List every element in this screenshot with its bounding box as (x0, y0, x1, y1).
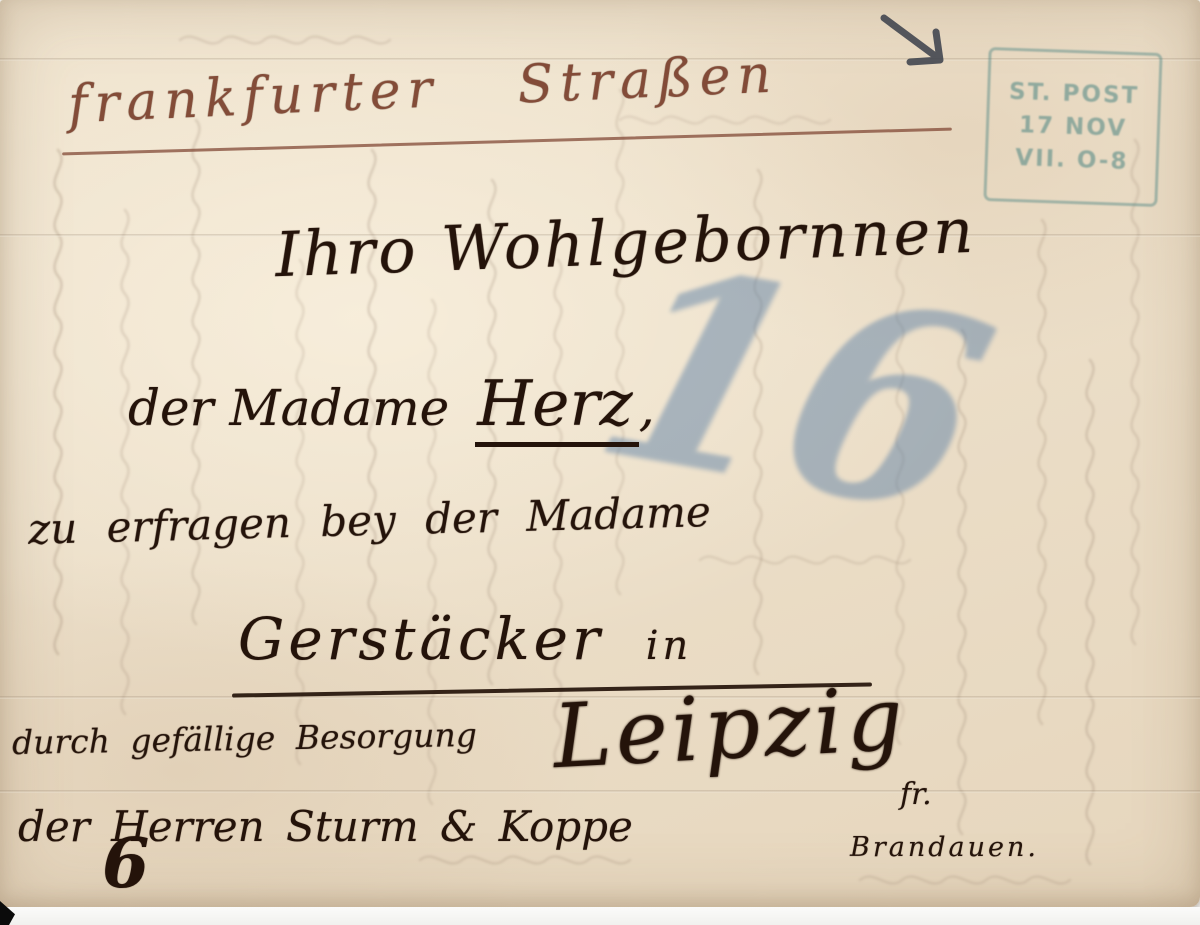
recipient-name: Herz (475, 367, 639, 447)
bottom-right-note: Brandauen. (850, 834, 1039, 861)
black-ink-rate-mark: 6 (102, 830, 149, 898)
red-ink-notation: frankfurter Straßen (67, 49, 779, 132)
contact-suffix: in (646, 623, 693, 669)
postmark-stamp: ST. POST 17 NOV VII. O-8 (983, 47, 1162, 207)
annotation-arrow-icon (876, 10, 968, 82)
postmark-date: 17 NOV (1019, 114, 1128, 141)
destination-city: Leipzig (551, 675, 909, 781)
red-ink-underline (62, 128, 952, 156)
address-recipient-line: der MadameHerz, (128, 372, 655, 435)
contact-name: Gerstäcker (238, 605, 604, 673)
postmark-time: VII. O-8 (1015, 147, 1129, 174)
fold-crease (0, 790, 1200, 793)
postmark-office: ST. POST (1009, 80, 1140, 108)
address-care-of-line: zu erfragen bey der Madame (28, 491, 712, 551)
forwarding-note: durch gefällige Besorgung (12, 718, 477, 759)
letter-paper: frankfurter Straßen ST. POST 17 NOV VII.… (0, 0, 1200, 907)
address-contact-line: Gerstäckerin (238, 610, 692, 668)
recipient-prefix: der Madame (128, 379, 449, 437)
franco-abbreviation: fr. (900, 780, 932, 810)
scanner-bed (0, 907, 1200, 925)
scanned-letter-cover: frankfurter Straßen ST. POST 17 NOV VII.… (0, 0, 1200, 925)
recipient-comma: , (639, 379, 655, 437)
